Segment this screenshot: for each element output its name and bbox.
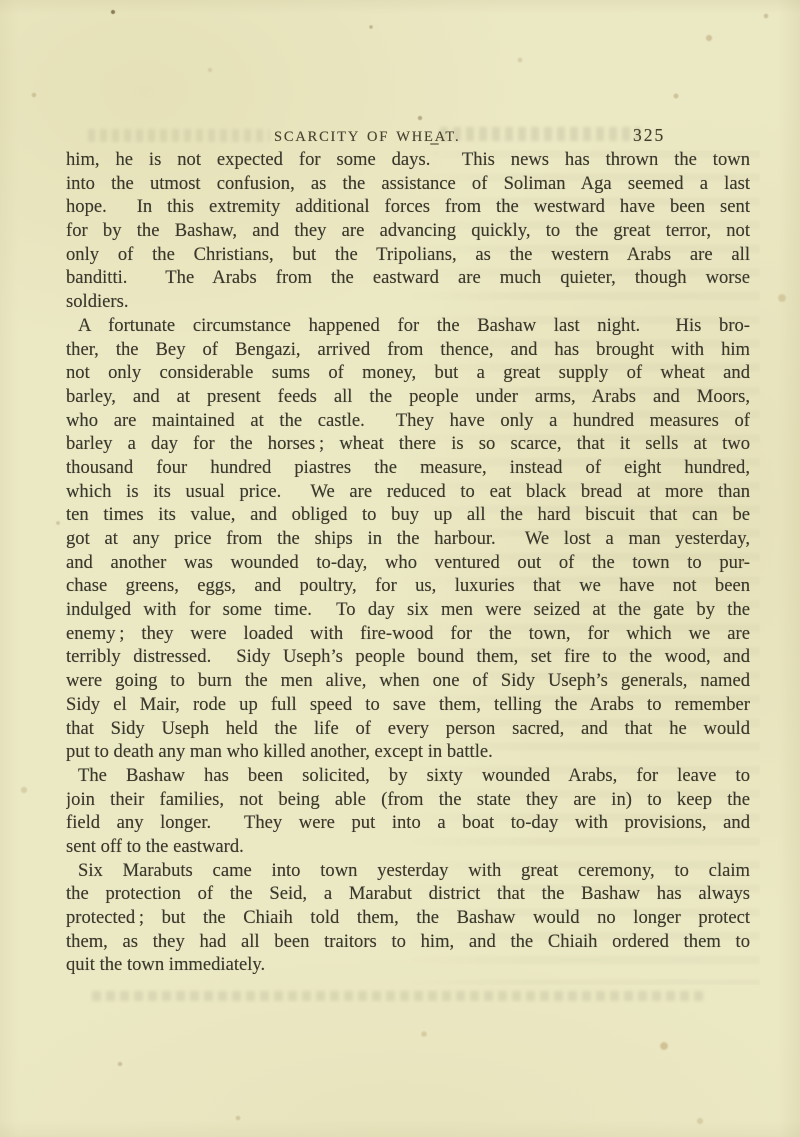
- paper-vignette: [0, 0, 800, 1137]
- book-page: SCARCITY OF WHEAT. 325 him, he is not ex…: [0, 0, 800, 1137]
